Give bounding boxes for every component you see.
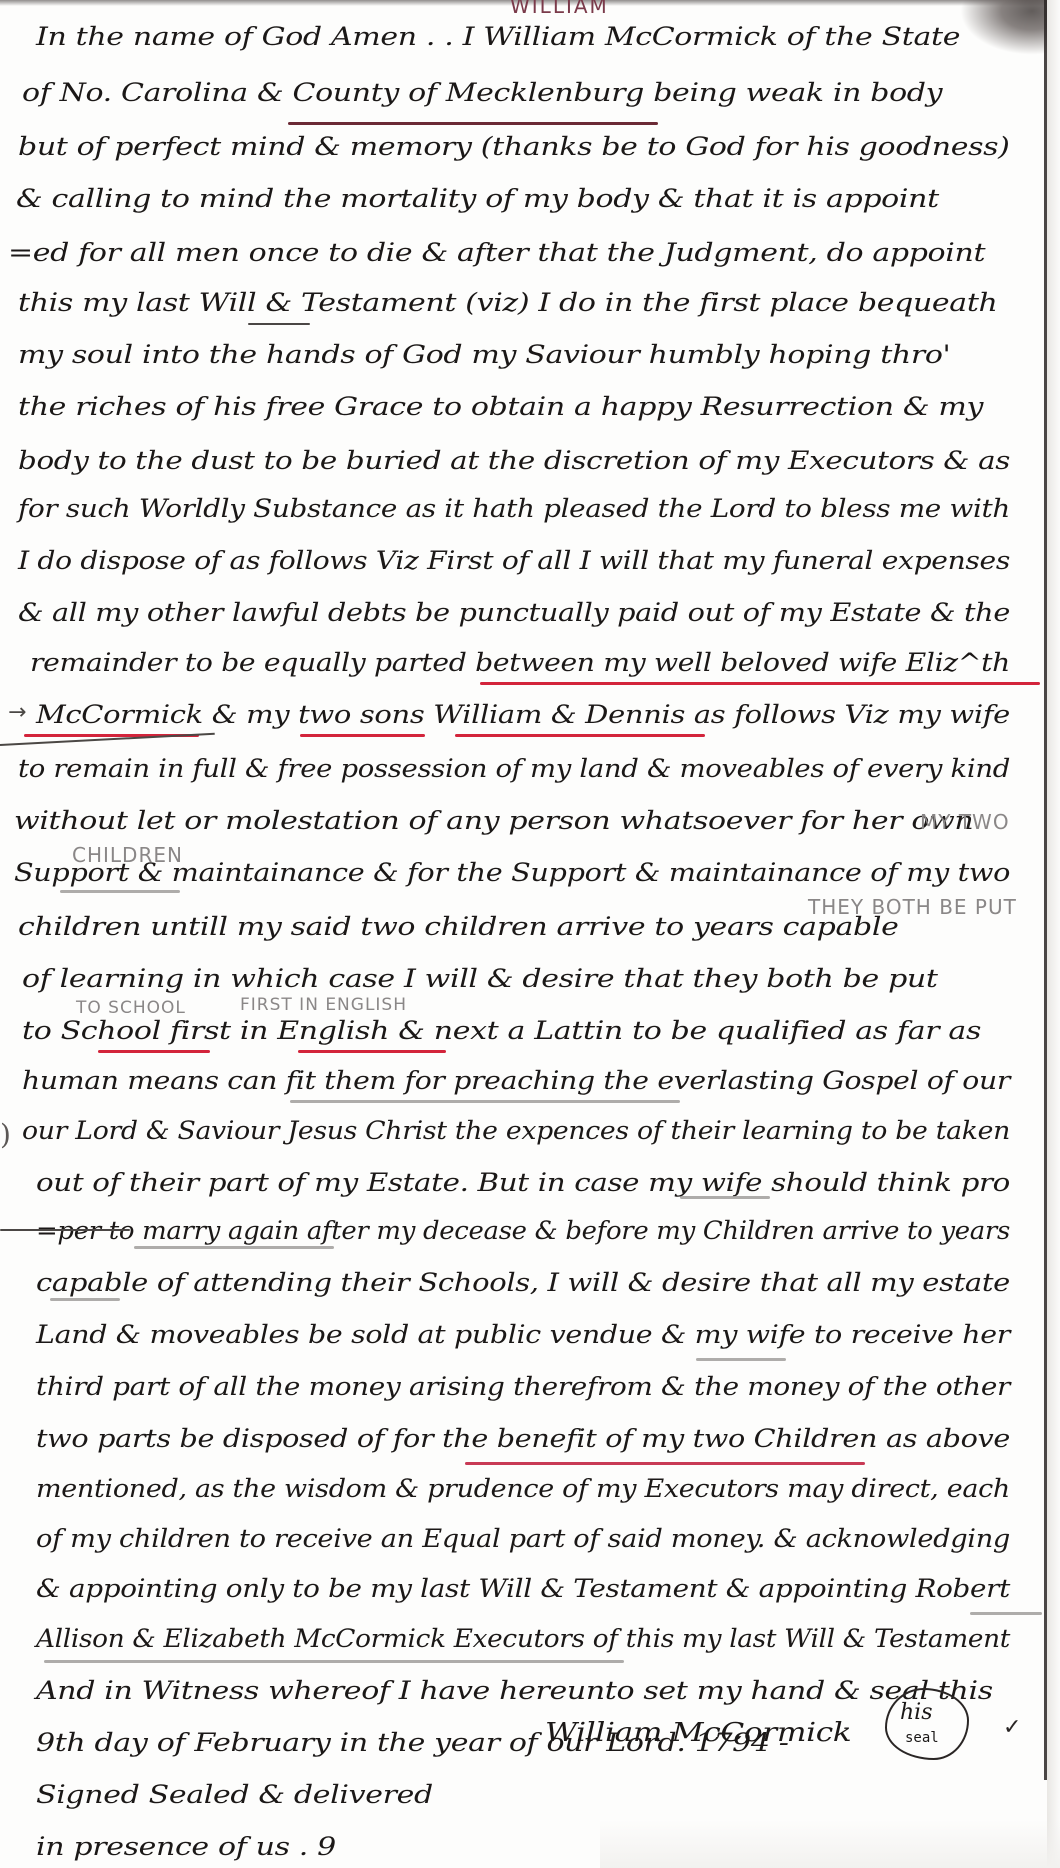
will-line: out of their part of my Estate. But in c… [36, 1168, 1060, 1198]
will-line: of learning in which case I will & desir… [22, 964, 1060, 994]
will-line: without let or molestation of any person… [14, 806, 1054, 836]
will-line: to School first in English & next a Latt… [22, 1016, 1060, 1046]
underline-school [98, 1050, 210, 1053]
will-line: of my children to receive an Equal part … [36, 1524, 1060, 1554]
will-line: =ed for all men once to die & after that… [8, 238, 1048, 268]
annotation-my-two: MY TWO [920, 810, 1010, 834]
will-line: remainder to be equally parted between m… [30, 648, 1060, 678]
will-line: I do dispose of as follows Viz First of … [18, 546, 1058, 576]
will-line: Land & moveables be sold at public vendu… [36, 1320, 1060, 1350]
seal-label: his [900, 1700, 933, 1725]
underline-english [298, 1050, 446, 1053]
seal-mark: seal [905, 1730, 939, 1746]
underline-william-dennis [455, 734, 705, 737]
underline-capable [50, 1298, 120, 1301]
will-line: the riches of his free Grace to obtain a… [18, 392, 1058, 422]
underline-benefit [465, 1462, 865, 1465]
will-line: to remain in full & free possession of m… [18, 754, 1058, 784]
will-line: human means can fit them for preaching t… [22, 1066, 1060, 1096]
will-line: of No. Carolina & County of Mecklenburg … [22, 78, 1060, 108]
annotation-they-both-be-put: THEY BOTH BE PUT [808, 895, 1017, 919]
underline-children [60, 890, 180, 893]
will-line: this my last Will & Testament (viz) I do… [18, 288, 1058, 318]
underline-county [288, 122, 658, 125]
attestation-line-2: in presence of us . 9 [36, 1832, 536, 1862]
top-annotation: WILLIAM [510, 0, 609, 18]
will-line: our Lord & Saviour Jesus Christ the expe… [22, 1116, 1060, 1146]
will-line: capable of attending their Schools, I wi… [36, 1268, 1060, 1298]
underline-my-wife [680, 1196, 770, 1199]
will-line: In the name of God Amen . . I William Mc… [36, 22, 1060, 52]
will-line: & appointing only to be my last Will & T… [36, 1574, 1060, 1604]
underline-wife-eliz [480, 682, 1040, 685]
will-line: & calling to mind the mortality of my bo… [16, 184, 1056, 214]
arrow-right-icon: → [8, 700, 26, 725]
annotation-to-school: TO SCHOOL [76, 998, 186, 1018]
underline-my-wife-2 [696, 1358, 786, 1361]
annotation-first-in-english: FIRST IN ENGLISH [240, 995, 407, 1015]
will-line: my soul into the hands of God my Saviour… [18, 340, 1058, 370]
annotation-children: CHILDREN [72, 843, 183, 867]
will-line: but of perfect mind & memory (thanks be … [18, 132, 1058, 162]
checkmark-icon: ✓ [1003, 1715, 1021, 1740]
will-line: mentioned, as the wisdom & prudence of m… [36, 1474, 1060, 1504]
will-line: third part of all the money arising ther… [36, 1372, 1060, 1402]
will-line: Allison & Elizabeth McCormick Executors … [36, 1624, 1060, 1654]
margin-line-marry [0, 1229, 130, 1231]
underline-two-sons [300, 734, 425, 737]
margin-bracket-mark: ) [0, 1118, 11, 1151]
will-line: =per to marry again after my decease & b… [36, 1216, 1060, 1246]
will-line: two parts be disposed of for the benefit… [36, 1424, 1060, 1454]
manuscript-page: WILLIAM In the name of God Amen . . I Wi… [0, 0, 1060, 1868]
testator-signature: William McCormick [545, 1718, 865, 1748]
underline-robert [970, 1612, 1042, 1615]
underline-viz [248, 323, 310, 325]
will-line: McCormick & my two sons William & Dennis… [36, 700, 1060, 730]
attestation-line-1: Signed Sealed & delivered [36, 1780, 536, 1810]
page-bottom-fade [600, 1820, 1060, 1868]
underline-fit-them [290, 1100, 680, 1103]
will-line: body to the dust to be buried at the dis… [18, 446, 1058, 476]
underline-allison-elizabeth [44, 1660, 624, 1663]
will-line: for such Worldly Substance as it hath pl… [18, 494, 1058, 524]
underline-marry-again [134, 1246, 334, 1249]
will-line: & all my other lawful debts be punctuall… [18, 598, 1058, 628]
